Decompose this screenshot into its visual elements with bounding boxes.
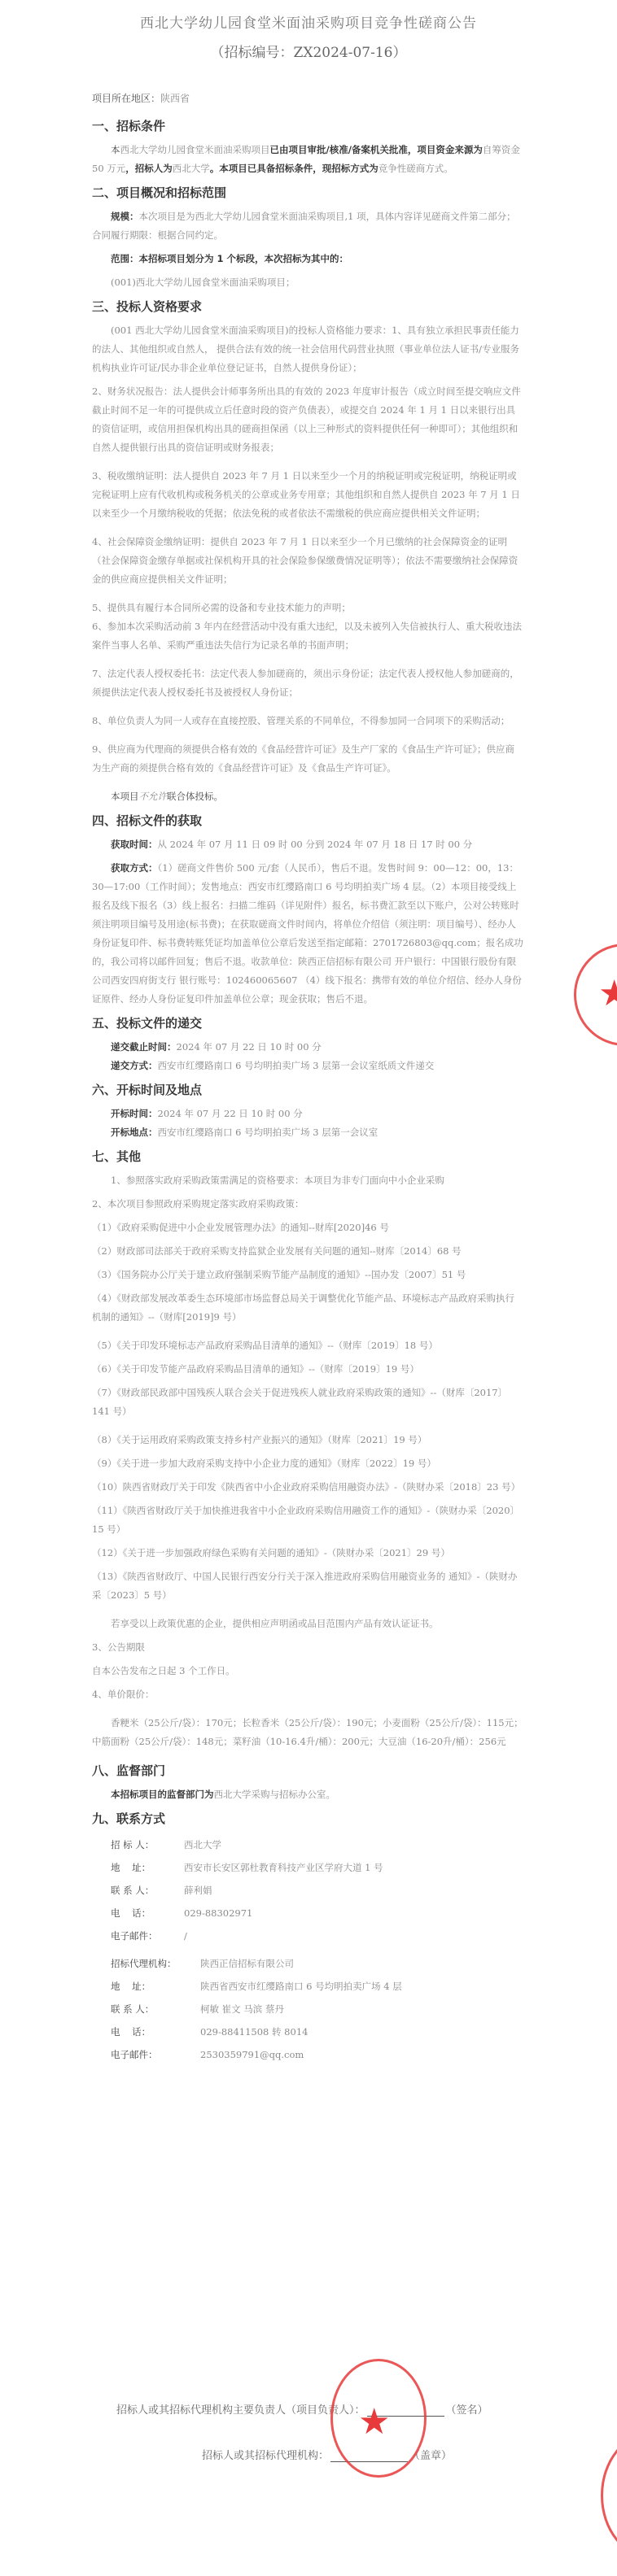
policy-item: （13）《陕西省财政厅、中国人民银行西安分行关于深入推进政府采购信用融资业务的 … xyxy=(92,1567,523,1605)
policy-item: （7）《财政部民政部中国残疾人联合会关于促进残疾人就业政府采购政策的通知》--（… xyxy=(92,1384,523,1421)
text-span: 本招标项目的监督部门为 xyxy=(111,1789,214,1800)
other-item-2: 2、本次项目参照政府采购规定落实政府采购政策： xyxy=(92,1195,523,1214)
text-span: 已由项目审批/核准/备案机关批准，项目资金来源为 xyxy=(270,144,483,155)
other-item-1: 1、参照落实政府采购政策需满足的资格要求：本项目为非专门面向中小企业采购 xyxy=(92,1171,523,1190)
other-item-4: 4、单价限价： xyxy=(92,1685,523,1704)
opening-place-label: 开标地点： xyxy=(111,1127,158,1138)
seal-edge-icon xyxy=(601,2432,617,2559)
contact-value: 029-88302971 xyxy=(184,1902,252,1924)
scale-text: 本次项目是为西北大学幼儿园食堂米面油采购项目,1 项，具体内容详见磋商文件第二部… xyxy=(92,211,516,241)
other-item-3: 3、公告期限 xyxy=(92,1638,523,1657)
section-heading-4: 四、招标文件的获取 xyxy=(92,811,523,830)
price-caps: 香粳米（25公斤/袋）：170元；长粒香米（25公斤/袋）：190元；小麦面粉（… xyxy=(92,1714,523,1751)
contact-label: 招 标 人： xyxy=(111,1833,184,1856)
tenderer-contact: 招 标 人：西北大学 地 址：西安市长安区郭杜教育科技产业区学府大道 1 号 联… xyxy=(92,1833,523,1947)
contact-value: 柯敏 崔文 马滨 蔡丹 xyxy=(200,1998,284,2020)
seal-star-icon: ★ xyxy=(358,2404,390,2440)
lot-item: (001)西北大学幼儿园食堂米面油采购项目； xyxy=(92,273,523,292)
contact-label: 联 系 人： xyxy=(111,1879,184,1902)
text-span: ，招标人为 xyxy=(125,163,173,174)
section-heading-1: 一、招标条件 xyxy=(92,116,523,136)
contact-value: 2530359791@qq.com xyxy=(200,2043,304,2066)
section-heading-2: 二、项目概况和招标范围 xyxy=(92,183,523,203)
contact-row: 招标代理机构：陕西正信招标有限公司 xyxy=(92,1952,523,1975)
qualification-item: 5、提供具有履行本合同所必需的设备和专业技术能力的声明； xyxy=(92,599,523,617)
supervision-text: 本招标项目的监督部门为西北大学采购与招标办公室。 xyxy=(92,1785,523,1804)
contact-row: 招 标 人：西北大学 xyxy=(92,1833,523,1856)
opening-time-label: 开标时间： xyxy=(111,1108,158,1119)
section-heading-9: 九、联系方式 xyxy=(92,1809,523,1828)
seal-star-icon: ★ xyxy=(598,976,617,1012)
document-page: 西北大学幼儿园食堂米面油采购项目竞争性磋商公告 （招标编号：ZX2024-07-… xyxy=(0,0,617,2576)
contact-value: / xyxy=(184,1924,187,1947)
seal-label: 招标人或其招标代理机构： xyxy=(202,2450,329,2462)
policy-item: （3）《国务院办公厅关于建立政府强制采购节能产品制度的通知》--国办发〔2007… xyxy=(92,1266,523,1284)
section-heading-6: 六、开标时间及地点 xyxy=(92,1080,523,1100)
policy-item: （8）《关于运用政府采购政策支持乡村产业振兴的通知》（财库〔2021〕19 号） xyxy=(92,1431,523,1449)
contact-row: 电子邮件：2530359791@qq.com xyxy=(92,2043,523,2066)
contact-row: 电 话：029-88302971 xyxy=(92,1902,523,1924)
text-span: 本项目 xyxy=(111,791,139,802)
preference-note: 若享受以上政策优惠的企业，提供相应声明函或品目范围内产品有效认证证书。 xyxy=(92,1615,523,1633)
policy-item: （1）《政府采购促进中小企业发展管理办法》的通知--财库[2020]46 号 xyxy=(92,1218,523,1237)
opening-time-text: 2024 年 07 月 22 日 10 时 00 分 xyxy=(158,1108,303,1119)
deadline-label: 递交截止时间： xyxy=(111,1041,177,1053)
acquisition-time: 获取时间：从 2024 年 07 月 11 日 09 时 00 分到 2024 … xyxy=(92,835,523,854)
bid-number: （招标编号：ZX2024-07-16） xyxy=(0,41,617,61)
contact-value: 陕西省西安市红缨路南口 6 号均明拍卖广场 4 层 xyxy=(200,1975,402,1998)
contact-label: 电子邮件： xyxy=(111,2043,200,2066)
qualification-item: 4、社会保障资金缴纳证明：提供自 2023 年 7 月 1 日以来至少一个月已缴… xyxy=(92,533,523,589)
qualification-item: 7、法定代表人授权委托书：法定代表人参加磋商的，须出示身份证；法定代表人授权他人… xyxy=(92,665,523,702)
scope-label: 范围： xyxy=(111,253,139,264)
policy-item: （5）《关于印发环境标志产品政府采购品目清单的通知》--（财库〔2019〕18 … xyxy=(92,1336,523,1355)
contact-label: 地 址： xyxy=(111,1856,184,1879)
method-label: 递交方式： xyxy=(111,1060,158,1071)
time-text: 从 2024 年 07 月 11 日 09 时 00 分到 2024 年 07 … xyxy=(158,839,473,850)
qualification-item: 2、财务状况报告：法人提供会计师事务所出具的有效的 2023 年度审计报告（成立… xyxy=(92,382,523,457)
section-heading-8: 八、监督部门 xyxy=(92,1761,523,1781)
contact-label: 电 话： xyxy=(111,2020,200,2043)
time-label: 获取时间： xyxy=(111,839,158,850)
section-1-text: 本西北大学幼儿园食堂米面油采购项目已由项目审批/核准/备案机关批准，项目资金来源… xyxy=(92,141,523,178)
policy-item: （9）《关于进一步加大政府采购支持中小企业力度的通知》（财库〔2022〕19 号… xyxy=(92,1454,523,1473)
consortium-note: 本项目不允许联合体投标。 xyxy=(92,787,523,806)
contact-value: 陕西正信招标有限公司 xyxy=(200,1952,294,1975)
qualification-item: 8、单位负责人为同一人或存在直接控股、管理关系的不同单位，不得参加同一合同项下的… xyxy=(92,712,523,730)
signature-label: 招标人或其招标代理机构主要负责人（项目负责人）： xyxy=(116,2404,365,2417)
contact-row: 地 址：西安市长安区郭杜教育科技产业区学府大道 1 号 xyxy=(92,1856,523,1879)
acquisition-method: 获取方式：（1）磋商文件售价 500 元/套（人民币），售后不退。发售时间 9：… xyxy=(92,859,523,1009)
contact-row: 联 系 人：柯敏 崔文 马滨 蔡丹 xyxy=(92,1998,523,2020)
section-heading-7: 七、其他 xyxy=(92,1147,523,1166)
text-span: 竞争性磋商方式。 xyxy=(379,163,453,174)
scope-paragraph: 范围：本招标项目划分为 1 个标段，本次招标为其中的： xyxy=(92,250,523,268)
contact-value: 西北大学 xyxy=(184,1833,221,1856)
contact-label: 电 话： xyxy=(111,1902,184,1924)
signature-line-1: 招标人或其招标代理机构主要负责人（项目负责人）：（签名） xyxy=(116,2401,488,2417)
scale-paragraph: 规模：本次项目是为西北大学幼儿园食堂米面油采购项目,1 项，具体内容详见磋商文件… xyxy=(92,207,523,245)
agency-contact: 招标代理机构：陕西正信招标有限公司 地 址：陕西省西安市红缨路南口 6 号均明拍… xyxy=(92,1952,523,2066)
contact-label: 联 系 人： xyxy=(111,1998,200,2020)
text-span: 联合体投标。 xyxy=(167,791,223,802)
method-text: （1）磋商文件售价 500 元/套（人民币），售后不退。发售时间 9：00—12… xyxy=(92,862,523,1005)
policy-item: （12）《关于进一步加强政府绿色采购有关问题的通知》-（陕财办采〔2021〕29… xyxy=(92,1544,523,1563)
contact-value: 西安市长安区郭杜教育科技产业区学府大道 1 号 xyxy=(184,1856,383,1879)
qualification-item: 3、税收缴纳证明：法人提供自 2023 年 7 月 1 日以来至少一个月的纳税证… xyxy=(92,467,523,523)
policy-item: （10）陕西省财政厅关于印发《陕西省中小企业政府采购信用融资办法》-（陕财办采〔… xyxy=(92,1478,523,1497)
text-span: 。本项目已具备招标条件，现招标方式为 xyxy=(210,163,379,174)
qualification-item: (001 西北大学幼儿园食堂米面油采购项目)的投标人资格能力要求：1、具有独立承… xyxy=(92,321,523,377)
contact-label: 地 址： xyxy=(111,1975,200,1998)
scope-text: 本招标项目划分为 1 个标段，本次招标为其中的： xyxy=(139,253,349,264)
method-label: 获取方式： xyxy=(111,862,158,874)
opening-place-text: 西安市红缨路南口 6 号均明拍卖广场 3 层第一会议室 xyxy=(158,1127,379,1138)
deadline-text: 2024 年 07 月 22 日 10 时 00 分 xyxy=(177,1041,322,1053)
section-heading-3: 三、投标人资格要求 xyxy=(92,297,523,316)
policy-item: （2）财政部司法部关于政府采购支持监狱企业发展有关问题的通知--财库〔2014〕… xyxy=(92,1242,523,1261)
contact-row: 联 系 人：薛利娟 xyxy=(92,1879,523,1902)
policy-item: （4）《财政部发展改革委生态环境部市场监督总局关于调整优化节能产品、环境标志产品… xyxy=(92,1289,523,1327)
text-span: 西北大学采购与招标办公室。 xyxy=(214,1789,336,1800)
document-title: 西北大学幼儿园食堂米面油采购项目竞争性磋商公告 xyxy=(0,11,617,32)
opening-place: 开标地点：西安市红缨路南口 6 号均明拍卖广场 3 层第一会议室 xyxy=(92,1123,523,1142)
contact-row: 地 址：陕西省西安市红缨路南口 6 号均明拍卖广场 4 层 xyxy=(92,1975,523,1998)
text-span: 不允许 xyxy=(139,791,168,802)
text-span: 西北大学 xyxy=(173,163,210,174)
contact-label: 招标代理机构： xyxy=(111,1952,200,1975)
document-body: 项目所在地区：陕西省 一、招标条件 本西北大学幼儿园食堂米面油采购项目已由项目审… xyxy=(92,89,523,2066)
announcement-period: 自本公告发布之日起 3 个工作日。 xyxy=(92,1662,523,1680)
contact-value: 薛利娟 xyxy=(184,1879,212,1902)
qualification-item: 6、参加本次采购活动前 3 年内在经营活动中没有重大违纪，以及未被列入失信被执行… xyxy=(92,617,523,655)
opening-time: 开标时间：2024 年 07 月 22 日 10 时 00 分 xyxy=(92,1105,523,1123)
contact-label: 电子邮件： xyxy=(111,1924,184,1947)
policy-item: （6）《关于印发节能产品政府采购品目清单的通知》--（财库〔2019〕19 号） xyxy=(92,1360,523,1379)
region-value: 陕西省 xyxy=(160,93,190,104)
scale-label: 规模： xyxy=(111,211,139,222)
contact-row: 电 话：029-88411508 转 8014 xyxy=(92,2020,523,2043)
contact-value: 029-88411508 转 8014 xyxy=(200,2020,308,2043)
text-span: 西北大学幼儿园食堂米面油采购项目 xyxy=(120,144,270,155)
text-span: 本 xyxy=(111,144,120,155)
method-text: 西安市红缨路南口 6 号均明拍卖广场 3 层第一会议室纸质文件递交 xyxy=(158,1060,435,1071)
region-label: 项目所在地区： xyxy=(92,93,160,104)
section-heading-5: 五、投标文件的递交 xyxy=(92,1013,523,1033)
project-region: 项目所在地区：陕西省 xyxy=(92,89,523,108)
signature-suffix: （签名） xyxy=(446,2404,488,2417)
policy-item: （11）《陕西省财政厅关于加快推进我省中小企业政府采购信用融资工作的通知》-（陕… xyxy=(92,1502,523,1539)
submission-method: 递交方式：西安市红缨路南口 6 号均明拍卖广场 3 层第一会议室纸质文件递交 xyxy=(92,1057,523,1075)
qualification-item: 9、供应商为代理商的须提供合格有效的《食品经营许可证》及生产厂家的《食品生产许可… xyxy=(92,740,523,778)
submission-deadline: 递交截止时间：2024 年 07 月 22 日 10 时 00 分 xyxy=(92,1038,523,1057)
contact-row: 电子邮件：/ xyxy=(92,1924,523,1947)
